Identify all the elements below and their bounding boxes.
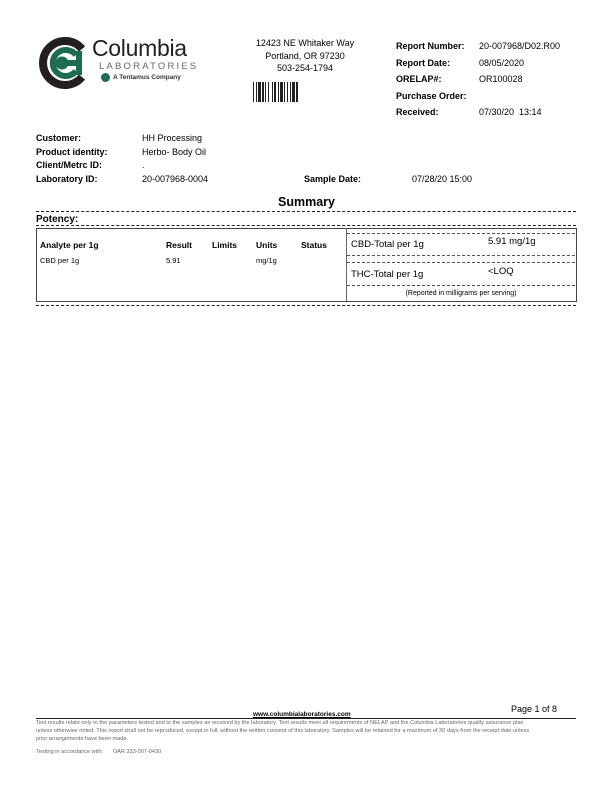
address-city: Portland, OR 97230 [230, 50, 380, 63]
potency-heading: Potency: [36, 214, 78, 225]
divider [36, 305, 576, 306]
col-result: Result [166, 240, 192, 250]
logo-tagline: A Tentamus Company [113, 74, 181, 81]
address-street: 12423 NE Whitaker Way [230, 37, 380, 50]
sample-date-value: 07/28/20 15:00 [412, 173, 472, 187]
testing-standard: Testing in accordance with: OAR 333-007-… [36, 748, 161, 756]
cbd-total-value: 5.91 mg/1g [488, 236, 536, 247]
orelap-row: ORELAP#: OR100028 [396, 71, 596, 88]
received-row: Received: 07/30/20 13:14 [396, 104, 596, 121]
report-number-label: Report Number: [396, 38, 465, 55]
divider [36, 225, 576, 226]
metrc-label: Client/Metrc ID: [36, 159, 102, 173]
summary-title: Summary [278, 195, 335, 209]
thc-total-value: <LOQ [488, 266, 514, 277]
lab-address: 12423 NE Whitaker Way Portland, OR 97230… [230, 37, 380, 75]
website-link[interactable]: www.columbialaboratories.com [253, 711, 351, 718]
orelap-label: ORELAP#: [396, 71, 442, 88]
row-units: mg/1g [256, 256, 277, 265]
disclaimer-line: unless otherwise noted. This report shal… [36, 727, 576, 735]
report-date-label: Report Date: [396, 55, 450, 72]
serving-note: (Reported in milligrams per serving) [347, 290, 575, 297]
disclaimer-line: prior arrangements have been made. [36, 735, 576, 743]
tentamus-icon [101, 73, 110, 82]
client-info: Customer: HH Processing Product identity… [36, 132, 596, 186]
divider [347, 262, 575, 263]
product-label: Product identity: [36, 146, 108, 160]
metrc-value: . [142, 159, 145, 173]
row-analyte: CBD per 1g [40, 256, 79, 265]
purchase-order-label: Purchase Order: [396, 88, 467, 105]
disclaimer-line: Test results relate only to the paramete… [36, 719, 576, 727]
company-logo: Columbia LABORATORIES A Tentamus Company [38, 37, 228, 92]
disclaimer: Test results relate only to the paramete… [36, 719, 576, 743]
customer-value: HH Processing [142, 132, 202, 146]
logo-name: Columbia [92, 35, 187, 62]
col-units: Units [256, 240, 277, 250]
page-number: Page 1 of 8 [511, 704, 557, 714]
row-result: 5.91 [166, 256, 181, 265]
thc-total-label: THC-Total per 1g [351, 269, 423, 280]
lab-id-value: 20-007968-0004 [142, 173, 208, 187]
product-value: Herbo- Body Oil [142, 146, 206, 160]
col-limits: Limits [212, 240, 237, 250]
report-info: Report Number: 20-007968/D02.R00 Report … [396, 38, 596, 121]
sample-date-label: Sample Date: [304, 173, 361, 187]
divider [347, 285, 575, 286]
orelap-value: OR100028 [479, 71, 523, 88]
report-date-row: Report Date: 08/05/2020 [396, 55, 596, 72]
logo-subtitle: LABORATORIES [99, 61, 198, 72]
table-row: CBD per 1g 5.91 mg/1g [40, 256, 340, 268]
report-number-value: 20-007968/D02.R00 [479, 38, 560, 55]
received-label: Received: [396, 104, 439, 121]
barcode [253, 82, 321, 102]
purchase-order-row: Purchase Order: [396, 88, 596, 105]
report-date-value: 08/05/2020 [479, 55, 524, 72]
testing-value: OAR 333-007-0430 [113, 749, 162, 755]
divider [36, 211, 576, 212]
divider [347, 233, 575, 234]
lab-id-label: Laboratory ID: [36, 173, 98, 187]
testing-label: Testing in accordance with: [36, 749, 103, 755]
columbia-logo-mark-icon [38, 37, 90, 89]
divider [347, 255, 575, 256]
potency-header-row: Analyte per 1g Result Limits Units Statu… [40, 240, 340, 252]
col-status: Status [301, 240, 327, 250]
address-phone: 503-254-1794 [230, 62, 380, 75]
cbd-total-label: CBD-Total per 1g [351, 239, 424, 250]
report-number-row: Report Number: 20-007968/D02.R00 [396, 38, 596, 55]
customer-label: Customer: [36, 132, 81, 146]
col-analyte: Analyte per 1g [40, 240, 99, 250]
received-value: 07/30/20 13:14 [479, 104, 542, 121]
